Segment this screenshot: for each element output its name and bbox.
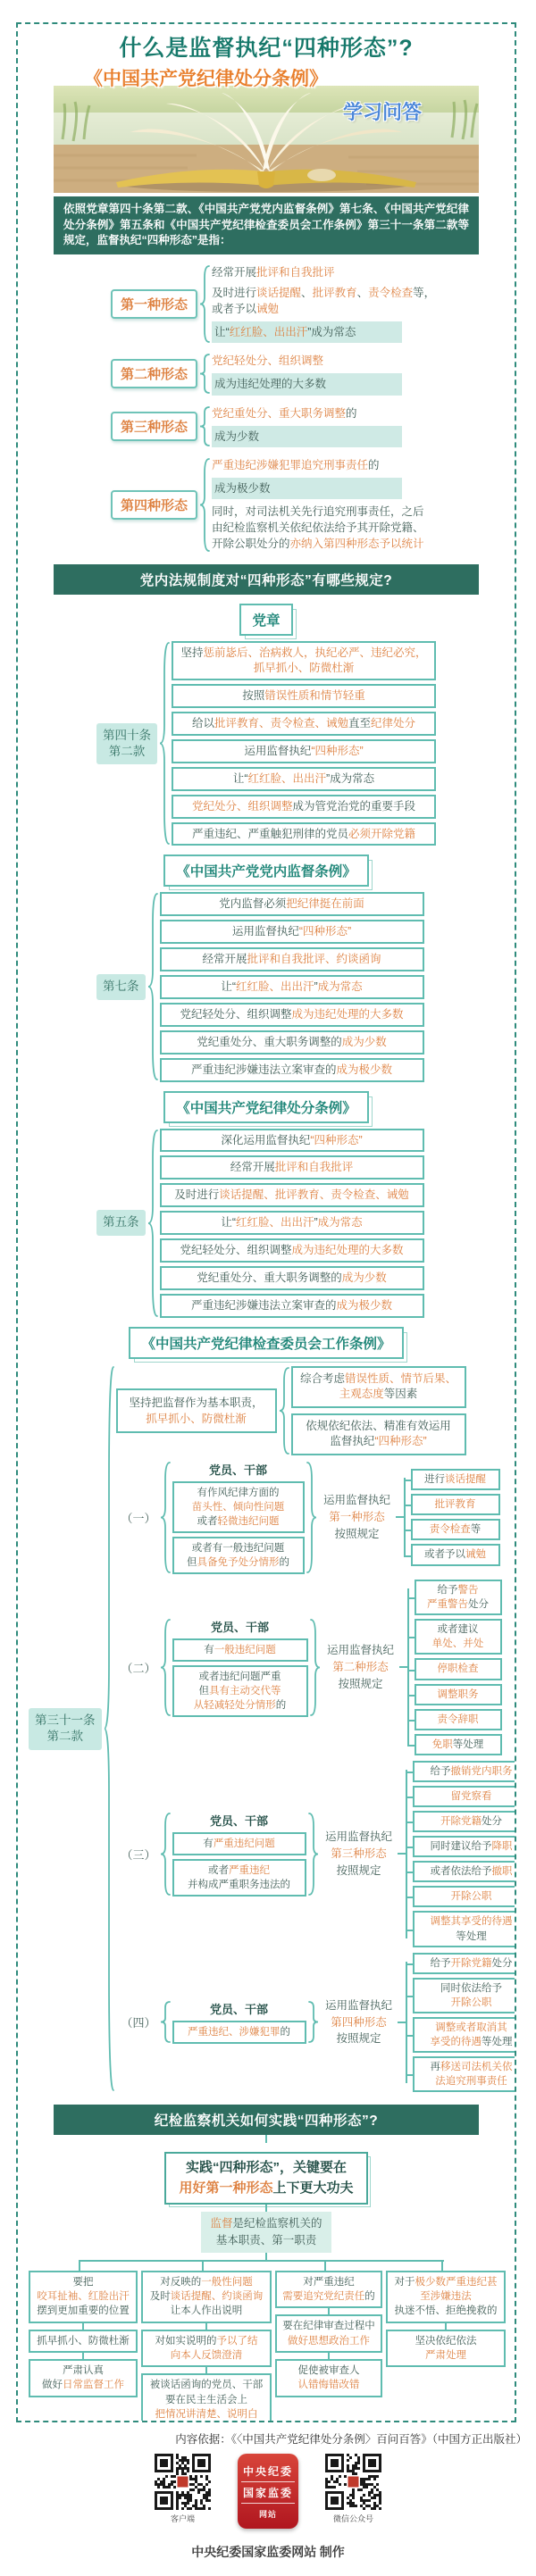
connector-line — [328, 2353, 330, 2359]
law-body: 第四十条第二款 坚持惩前毖后、治病救人，执纪必严、违纪必究，抓早抓小、防微杜渐按… — [96, 641, 515, 846]
law-item-box: 党纪处分、组织调整成为管党治党的重要手段 — [172, 795, 436, 819]
subject-label: 党员、干部 — [211, 1618, 269, 1635]
condition-column: 党员、干部 有作风纪律方面的苗头性、倾向性问题或者轻微违纪问题或者有一般违纪问题… — [172, 1461, 305, 1574]
question-banner-1: 党内法规制度对“四种形态”有哪些规定? — [54, 564, 479, 595]
measure-box: 再移送司法机关依法追究刑事责任 — [413, 2056, 516, 2092]
brace-icon — [199, 406, 210, 446]
measure-column: 给予警告严重警告处分或者建议单处、并处停职检查调整职务责令辞职免职等处理 — [415, 1580, 502, 1755]
form-content: 党纪轻处分、组织调整成为违纪处理的大多数 — [212, 353, 402, 395]
form-content: 严重违纪涉嫌犯罪追究刑事责任的成为极少数同时，对司法机关先行追究刑事责任，之后由… — [212, 457, 424, 553]
page-title: 什么是监督执纪“四种形态”? — [18, 35, 515, 63]
connector-line — [396, 1516, 404, 1518]
connector-line — [205, 2367, 207, 2373]
law-sections: 党章 第四十条第二款 坚持惩前毖后、治病救人，执纪必严、违纪必究，抓早抓小、防微… — [18, 604, 515, 1317]
measure-box: 停职检查 — [415, 1658, 502, 1680]
law-title: 党章 — [239, 604, 292, 636]
form-line: 成为违纪处理的大多数 — [212, 373, 402, 395]
measure-column: 给予撤销党内职务留党察看开除党籍处分同时建议给予降职或者依法给予撤职开除公职调整… — [413, 1761, 516, 1947]
qr-client: 客户端 — [155, 2454, 211, 2524]
law-title: 《中国共产党党内监督条例》 — [163, 854, 369, 887]
case-row: （四） 党员、干部 严重违纪、涉嫌犯罪的 运用监督执纪第四种形态按照规定 给予开… — [116, 1953, 517, 2093]
measure-box: 或者依法给予撤职 — [413, 1861, 516, 1882]
form-line: 党纪重处分、重大职务调整的 — [212, 405, 402, 421]
law-body: 第五条 深化运用监督执纪“四种形态”经常开展批评和自我批评及时进行谈话提醒、批评… — [96, 1129, 515, 1318]
law-item-box: 让“红红脸、出出汗”成为常态 — [172, 767, 436, 791]
law-item-box: 坚持惩前毖后、治病救人，执纪必严、违纪必究，抓早抓小、防微杜渐 — [172, 641, 436, 680]
law-item-box: 深化运用监督执纪“四种形态” — [160, 1129, 424, 1153]
law-item-box: 严重违纪、严重触犯刑律的党员必须开除党籍 — [172, 822, 436, 846]
form-label: 第二种形态 — [111, 359, 197, 388]
form-label: 第一种形态 — [111, 289, 197, 319]
measure-box: 责令辞职 — [415, 1709, 502, 1730]
brace-icon — [160, 2001, 171, 2043]
condition-box: 有严重违纪问题 — [172, 1832, 306, 1855]
law-boxes: 深化运用监督执纪“四种形态”经常开展批评和自我批评及时进行谈话提醒、批评教育、责… — [160, 1129, 424, 1318]
brace-icon — [160, 1619, 171, 1716]
condition-box: 或者违纪问题严重但具有主动交代等从轻减轻处分情形的 — [172, 1665, 308, 1717]
article-label: 第四十条第二款 — [96, 723, 157, 764]
law-item-box: 及时进行谈话提醒、批评教育、责令检查、诫勉 — [160, 1183, 424, 1207]
connector-line — [205, 2323, 207, 2330]
practice-columns: 要把咬耳扯袖、红脸出汗摆到更加重要的位置抓早抓小、防微杜渐严肃认真做好日常监督工… — [25, 2260, 507, 2422]
form-row: 第四种形态 严重违纪涉嫌犯罪追究刑事责任的成为极少数同时，对司法机关先行追究刑事… — [111, 457, 515, 553]
measure-box: 给予警告严重警告处分 — [415, 1580, 502, 1615]
factor-column: 综合考虑错误性质、情节后果、主观态度等因素依规依纪依法、精准有效运用监督执纪“四… — [291, 1366, 466, 1455]
practice-box: 对于极少数严重违纪甚至涉嫌违法执迷不悟、拒绝挽救的 — [386, 2271, 506, 2323]
law-item-box: 严重违纪涉嫌违法立案审查的成为极少数 — [160, 1294, 424, 1318]
factor-box: 综合考虑错误性质、情节后果、主观态度等因素 — [291, 1366, 466, 1408]
brace-icon — [159, 642, 170, 845]
apply-text: 运用监督执纪第一种形态按照规定 — [319, 1492, 396, 1542]
measure-box: 开除党籍处分 — [413, 1811, 516, 1832]
measure-box: 给予开除党籍处分 — [413, 1953, 516, 1974]
practice-box: 被谈话函询的党员、干部要在民主生活会上把情况讲清楚、说明白体现党内政治生活的严肃… — [141, 2373, 272, 2422]
intro-text: 依照党章第四十条第二款、《中国共产党党内监督条例》第七条、《中国共产党纪律处分条… — [54, 196, 479, 254]
principle-row: 坚持把监督作为基本职责，抓早抓小、防微杜渐 综合考虑错误性质、情节后果、主观态度… — [116, 1366, 517, 1455]
practice-column: 对严重违纪需要追究党纪责任的要在纪律审查过程中做好思想政治工作促使被审查人认错悔… — [275, 2271, 382, 2397]
qr-wechat: 微信公众号 — [325, 2454, 381, 2524]
qr-code-wechat — [325, 2454, 381, 2510]
practice-box: 严肃认真做好日常监督工作 — [29, 2359, 138, 2397]
law-boxes: 坚持惩前毖后、治病救人，执纪必严、违纪必究，抓早抓小、防微杜渐按照错误性质和情节… — [172, 641, 436, 846]
practice-column: 对于极少数严重违纪甚至涉嫌违法执迷不悟、拒绝挽救的坚决依纪依法严肃处理 — [386, 2271, 506, 2368]
measure-column: 进行谈话提醒批评教育责令检查等或者予以诫勉 — [411, 1469, 500, 1565]
form-line: 及时进行谈话提醒、批评教育、责令检查等，或者予以诫勉 — [212, 285, 435, 317]
brace-icon — [308, 1813, 319, 1896]
measure-column: 给予开除党籍处分同时依法给予开除公职调整或者取消其享受的待遇等处理再移送司法机关… — [413, 1953, 516, 2093]
form-line: 严重违纪涉嫌犯罪追究刑事责任的 — [212, 457, 424, 473]
source-note: 内容依据：《〈中国共产党纪律处分条例〉百问百答》（中国方正出版社） — [175, 2430, 527, 2447]
connector-line — [265, 2205, 267, 2212]
connector-line — [82, 2323, 84, 2330]
subject-label: 党员、干部 — [210, 2000, 268, 2017]
case-number: （四） — [121, 2013, 156, 2030]
subject-label: 党员、干部 — [210, 1812, 268, 1829]
connector-line — [445, 2323, 447, 2330]
condition-box: 或者有一般违纪问题但具备免予处分情形的 — [172, 1537, 305, 1574]
practice-column: 对反映的一般性问题及时谈话提醒、约谈函询让本人作出说明对如实说明的予以了结向本人… — [141, 2271, 272, 2422]
condition-box: 或者严重违纪并构成严重职务违法的 — [172, 1859, 306, 1897]
practice-box: 对如实说明的予以了结向本人反馈澄清 — [141, 2330, 272, 2368]
article-label: 第三十一条第二款 — [29, 1708, 102, 1749]
measure-box: 进行谈话提醒 — [411, 1469, 500, 1490]
measure-box: 批评教育 — [411, 1494, 500, 1515]
measure-box: 调整其享受的待遇等处理 — [413, 1911, 516, 1947]
brace-icon — [160, 1813, 171, 1896]
book-title: 《中国共产党纪律处分条例》 — [84, 64, 328, 91]
law-item-box: 经常开展批评和自我批评、约谈函询 — [160, 947, 424, 971]
practice-box: 要在纪律审查过程中做好思想政治工作 — [275, 2314, 382, 2353]
apply-text: 运用监督执纪第三种形态按照规定 — [321, 1829, 398, 1879]
measure-box: 调整或者取消其享受的待遇等处理 — [413, 2017, 516, 2053]
measure-box: 或者建议单处、并处 — [415, 1619, 502, 1655]
brace-icon — [147, 893, 158, 1080]
law-body: 第七条 党内监督必须把纪律挺在前面运用监督执纪“四种形态”经常开展批评和自我批评… — [96, 892, 515, 1081]
dashed-frame: 什么是监督执纪“四种形态”? — [16, 22, 516, 2422]
form-content: 党纪重处分、重大职务调整的成为少数 — [212, 405, 402, 447]
measure-box: 留党察看 — [413, 1786, 516, 1807]
condition-column: 党员、干部 严重违纪、涉嫌犯罪的 — [172, 2000, 306, 2044]
principle-box: 坚持把监督作为基本职责，抓早抓小、防微杜渐 — [116, 1388, 277, 1433]
brace-icon — [199, 458, 210, 552]
practice-box: 促使被审查人认错悔错改错 — [275, 2359, 382, 2397]
condition-box: 严重违纪、涉嫌犯罪的 — [172, 2021, 306, 2044]
brace-icon — [147, 1130, 158, 1317]
law-item-box: 运用监督执纪“四种形态” — [160, 920, 424, 944]
case-number: （一） — [121, 1509, 156, 1526]
measure-box: 免职等处理 — [415, 1734, 502, 1755]
connector-line — [398, 2022, 406, 2023]
apply-text: 运用监督执纪第四种形态按照规定 — [321, 1997, 398, 2047]
qr-client-label: 客户端 — [171, 2514, 195, 2523]
condition-box: 有一般违纪问题 — [172, 1638, 308, 1662]
form-line: 党纪轻处分、组织调整 — [212, 353, 402, 369]
book-subtitle: 学习问答 — [343, 97, 422, 125]
case-number: （三） — [121, 1846, 156, 1863]
measure-box: 调整职务 — [415, 1684, 502, 1705]
connector-line — [399, 1666, 407, 1668]
law-item-box: 经常开展批评和自我批评 — [160, 1155, 424, 1180]
law-item-box: 运用监督执纪“四种形态” — [172, 739, 436, 763]
form-line: 让“红红脸、出出汗”成为常态 — [212, 321, 402, 343]
case-row: （二） 党员、干部 有一般违纪问题或者违纪问题严重但具有主动交代等从轻减轻处分情… — [116, 1580, 517, 1755]
article-label: 第五条 — [96, 1210, 146, 1235]
question-banner-2: 纪检监察机关如何实践“四种形态”? — [54, 2105, 479, 2135]
law-item-box: 让“红红脸、出出汗”成为常态 — [160, 975, 424, 999]
brace-icon — [279, 1367, 289, 1455]
form-label: 第三种形态 — [111, 412, 197, 441]
factor-box: 依规依纪依法、精准有效运用监督执纪“四种形态” — [291, 1413, 466, 1455]
practice-box: 对严重违纪需要追究党纪责任的 — [275, 2271, 382, 2309]
measure-box: 或者予以诫勉 — [411, 1544, 500, 1565]
brace-icon — [306, 1462, 317, 1573]
brace-icon — [199, 354, 210, 394]
law-title: 《中国共产党纪律检查委员会工作条例》 — [129, 1327, 403, 1359]
app-logo-line2: 国家监委 — [241, 2484, 295, 2504]
four-forms-section: 第一种形态 经常开展批评和自我批评及时进行谈话提醒、批评教育、责令检查等，或者予… — [18, 264, 515, 553]
practice-box: 坚决依纪依法严肃处理 — [386, 2330, 506, 2368]
condition-column: 党员、干部 有严重违纪问题或者严重违纪并构成严重职务违法的 — [172, 1812, 306, 1897]
form-row: 第三种形态 党纪重处分、重大职务调整的成为少数 — [111, 405, 515, 447]
form-row: 第一种形态 经常开展批评和自我批评及时进行谈话提醒、批评教育、责令检查等，或者予… — [111, 264, 515, 344]
law-item-box: 给以批评教育、责令检查、诫勉直至纪律处分 — [172, 712, 436, 736]
article-label: 第七条 — [96, 974, 146, 999]
law-item-box: 党内监督必须把纪律挺在前面 — [160, 892, 424, 916]
work-regulation-section: 《中国共产党纪律检查委员会工作条例》 第三十一条第二款 坚持把监督作为基本职责，… — [18, 1327, 515, 2093]
footer-icons: 客户端 中央纪委 国家监委 网站 微信公众号 — [0, 2454, 536, 2529]
practice-section: 实践“四种形态”，关键要在用好第一种形态上下更大功夫 监督是纪检监察机关的基本职… — [18, 2135, 515, 2422]
brace-icon — [160, 1462, 171, 1573]
law-boxes: 党内监督必须把纪律挺在前面运用监督执纪“四种形态”经常开展批评和自我批评、约谈函… — [160, 892, 424, 1081]
qr-code-client — [155, 2454, 211, 2510]
law-item-box: 党纪轻处分、组织调整成为违纪处理的大多数 — [160, 1003, 424, 1027]
form-row: 第二种形态 党纪轻处分、组织调整成为违纪处理的大多数 — [111, 353, 515, 395]
law-section: 党章 第四十条第二款 坚持惩前毖后、治病救人，执纪必严、违纪必究，抓早抓小、防微… — [18, 604, 515, 846]
app-logo: 中央纪委 国家监委 网站 — [238, 2454, 298, 2529]
case-row: （一） 党员、干部 有作风纪律方面的苗头性、倾向性问题或者轻微违纪问题或者有一般… — [116, 1461, 517, 1574]
measure-box: 给予撤销党内职务 — [413, 1761, 516, 1782]
duty-box: 监督是纪检监察机关的基本职责、第一职责 — [201, 2212, 331, 2253]
brace-icon — [199, 265, 210, 343]
law-item-box: 党纪轻处分、组织调整成为违纪处理的大多数 — [160, 1238, 424, 1263]
law-section: 《中国共产党纪律处分条例》 第五条 深化运用监督执纪“四种形态”经常开展批评和自… — [18, 1091, 515, 1318]
app-logo-line3: 网站 — [259, 2508, 277, 2520]
work-body: 第三十一条第二款 坚持把监督作为基本职责，抓早抓小、防微杜渐 综合考虑错误性质、… — [29, 1366, 515, 2093]
measure-box: 责令检查等 — [411, 1519, 500, 1540]
form-content: 经常开展批评和自我批评及时进行谈话提醒、批评教育、责令检查等，或者予以诫勉让“红… — [212, 264, 435, 344]
law-item-box: 党纪重处分、重大职务调整的成为少数 — [160, 1266, 424, 1290]
credit-line: 中央纪委国家监委网站 制作 — [0, 2543, 536, 2561]
case-row: （三） 党员、干部 有严重违纪问题或者严重违纪并构成严重职务违法的 运用监督执纪… — [116, 1761, 517, 1947]
law-section: 《中国共产党党内监督条例》 第七条 党内监督必须把纪律挺在前面运用监督执纪“四种… — [18, 854, 515, 1081]
form-line: 成为极少数 — [212, 478, 402, 499]
qr-wechat-label: 微信公众号 — [333, 2514, 373, 2523]
condition-column: 党员、干部 有一般违纪问题或者违纪问题严重但具有主动交代等从轻减轻处分情形的 — [172, 1618, 308, 1717]
practice-box: 抓早抓小、防微杜渐 — [29, 2330, 138, 2353]
book-banner: 《中国共产党纪律处分条例》 学习问答 — [54, 86, 479, 193]
connector-line — [82, 2353, 84, 2359]
measure-box: 同时依法给予开除公职 — [413, 1978, 516, 2013]
law-item-box: 党纪重处分、重大职务调整的成为少数 — [160, 1030, 424, 1055]
brace-icon — [310, 1619, 321, 1716]
measure-box: 开除公职 — [413, 1886, 516, 1907]
law-item-box: 按照错误性质和情节轻重 — [172, 684, 436, 708]
case-number: （二） — [121, 1659, 156, 1676]
brace-icon — [308, 2001, 319, 2043]
connector-line — [328, 2308, 330, 2314]
key-point-box: 实践“四种形态”，关键要在用好第一种形态上下更大功夫 — [164, 2152, 367, 2205]
form-line: 同时，对司法机关先行追究刑事责任，之后由纪检监察机关依纪依法给予其开除党籍、开除… — [212, 504, 424, 552]
form-label: 第四种形态 — [111, 490, 197, 520]
connector-line — [398, 1853, 406, 1855]
work-content: 坚持把监督作为基本职责，抓早抓小、防微杜渐 综合考虑错误性质、情节后果、主观态度… — [116, 1366, 517, 2093]
condition-box: 有作风纪律方面的苗头性、倾向性问题或者轻微违纪问题 — [172, 1481, 305, 1533]
measure-box: 同时建议给予降职 — [413, 1836, 516, 1857]
law-title: 《中国共产党纪律处分条例》 — [163, 1091, 369, 1123]
apply-text: 运用监督执纪第二种形态按照规定 — [322, 1642, 399, 1692]
subject-label: 党员、干部 — [209, 1461, 267, 1478]
form-line: 经常开展批评和自我批评 — [212, 264, 435, 280]
practice-box: 要把咬耳扯袖、红脸出汗摆到更加重要的位置 — [29, 2271, 138, 2323]
form-line: 成为少数 — [212, 426, 402, 447]
practice-column: 要把咬耳扯袖、红脸出汗摆到更加重要的位置抓早抓小、防微杜渐严肃认真做好日常监督工… — [29, 2271, 138, 2397]
app-logo-line1: 中央纪委 — [241, 2463, 295, 2482]
brace-icon — [104, 1366, 114, 2091]
law-item-box: 严重违纪涉嫌违法立案审查的成为极少数 — [160, 1058, 424, 1082]
law-item-box: 让“红红脸、出出汗”成为常态 — [160, 1211, 424, 1235]
practice-box: 对反映的一般性问题及时谈话提醒、约谈函询让本人作出说明 — [141, 2271, 272, 2323]
connector-line — [265, 2135, 267, 2143]
connector-line — [265, 2253, 267, 2260]
